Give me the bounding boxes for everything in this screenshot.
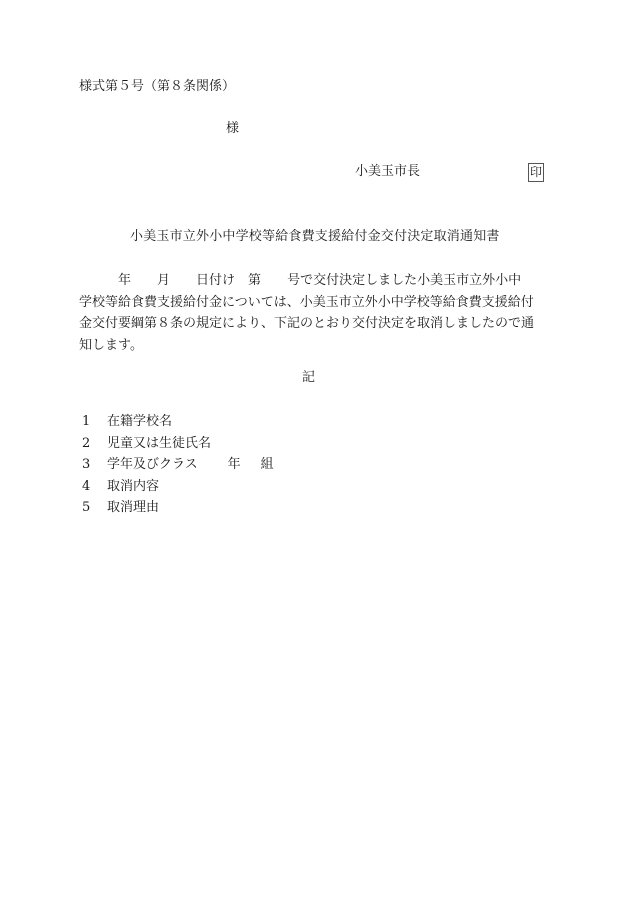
body-line-4: 知します。 xyxy=(79,335,549,357)
grade-unit: 年 xyxy=(228,457,241,472)
dated-label: 日付け xyxy=(196,273,235,288)
item-number: 4 xyxy=(82,476,107,498)
list-item: 1在籍学校名 xyxy=(82,411,274,433)
body-line-3: 金交付要綱第８条の規定により、下記のとおり交付決定を取消しましたので通 xyxy=(79,313,549,335)
item-number: 3 xyxy=(82,454,107,476)
ki-heading: 記 xyxy=(302,370,315,386)
body-line-2: 学校等給食費支援給付金については、小美玉市立外小中学校等給食費支援給付 xyxy=(79,292,549,314)
list-item: 4取消内容 xyxy=(82,476,274,498)
item-number: 2 xyxy=(82,433,107,455)
issuer-name: 小美玉市長 xyxy=(355,164,420,180)
body-paragraph: 年月日付け第号で交付決定しました小美玉市立外小中 学校等給食費支援給付金について… xyxy=(79,270,549,356)
class-unit: 組 xyxy=(261,457,274,472)
item-label: 在籍学校名 xyxy=(107,411,172,433)
list-item: 5取消理由 xyxy=(82,497,274,519)
item-label: 取消内容 xyxy=(107,476,159,498)
body-line-1: 年月日付け第号で交付決定しました小美玉市立外小中 xyxy=(79,270,549,292)
list-item: 3学年及びクラス年組 xyxy=(82,454,274,476)
month-label: 月 xyxy=(157,273,170,288)
addressee-suffix: 様 xyxy=(226,121,239,137)
item-number: 5 xyxy=(82,497,107,519)
form-number: 様式第５号（第８条関係） xyxy=(79,79,235,95)
document-title: 小美玉市立外小中学校等給食費支援給付金交付決定取消通知書 xyxy=(130,229,500,245)
item-label: 取消理由 xyxy=(107,497,159,519)
seal-stamp-box: 印 xyxy=(528,163,544,182)
body-line-1-rest: 号で交付決定しました小美玉市立外小中 xyxy=(287,273,521,288)
list-item: 2児童又は生徒氏名 xyxy=(82,433,274,455)
item-number: 1 xyxy=(82,411,107,433)
item-label: 学年及びクラス xyxy=(107,454,198,476)
item-label: 児童又は生徒氏名 xyxy=(107,433,211,455)
item-list: 1在籍学校名 2児童又は生徒氏名 3学年及びクラス年組 4取消内容 5取消理由 xyxy=(82,411,274,519)
number-prefix: 第 xyxy=(248,273,261,288)
year-label: 年 xyxy=(118,273,131,288)
